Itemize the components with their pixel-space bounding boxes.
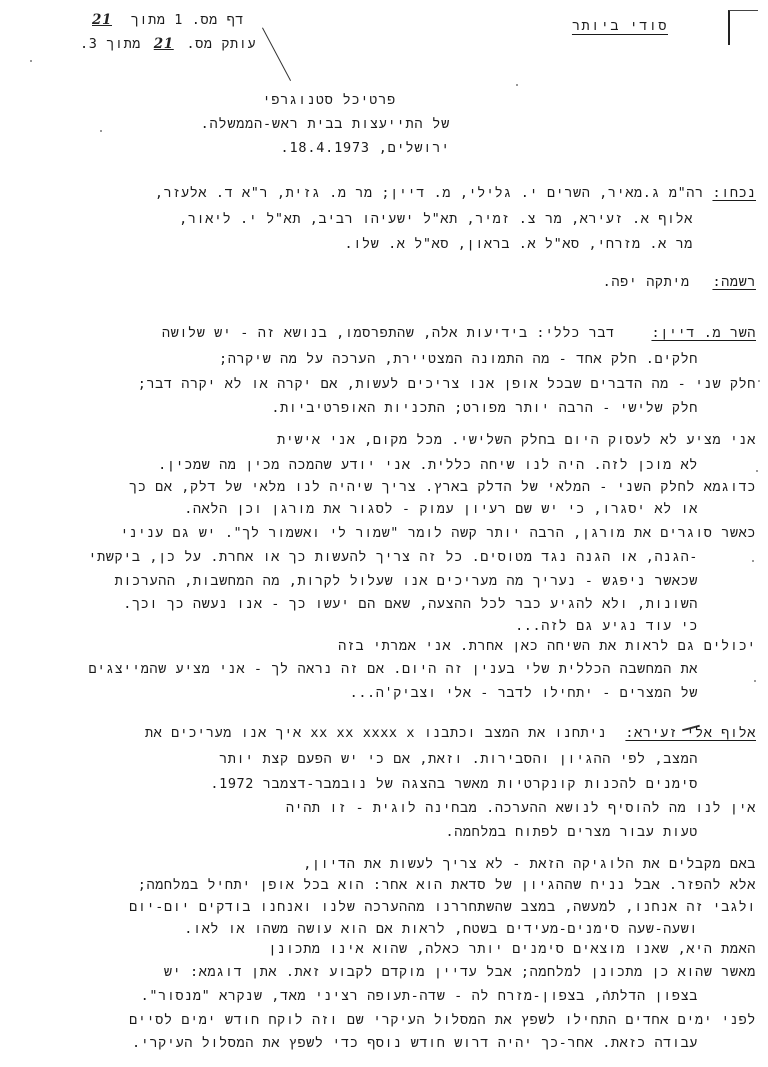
scan-speckle (754, 680, 756, 682)
dayan-text-11: השונות, ולא להגיע כבר לכל ההצעה, שאם הם … (123, 595, 698, 613)
zeira-text-6: אלא להפזר. אבל נניח שההגיון של סדאת הוא … (138, 876, 756, 894)
recorder-name: מיתקה יפה. (603, 274, 704, 290)
dayan-text-4: אני מציע לא לעסוק היום בחלק השלישי. מכל … (277, 431, 756, 449)
recorder-label: רשמה: (712, 274, 756, 290)
zeira-text-11: בצפון הדלתה, בצפון-מזרח לה - שדה-תעופה ר… (141, 987, 698, 1005)
classification-label: סודי ביותר (572, 18, 668, 35)
zeira-text-9: האמת היא, שאנו מוצאים סימנים יותר כאלה, … (268, 940, 756, 958)
pen-stroke-mark (262, 28, 291, 81)
present-line-2: אלוף א. זעירא, מר צ. זמיר, תא"ל ישעיהו ר… (179, 210, 693, 228)
dayan-first-line: השר מ. דיין: דבר כללי: בידיעות אלה, שהתפ… (162, 324, 756, 342)
zeira-text-13: עבודה כזאת. אחר-כך יהיה דרוש חודש נוסף כ… (132, 1034, 698, 1052)
dayan-text-3: חלק שלישי - הרבה יותר מפורט; התכניות האו… (271, 399, 698, 417)
scan-speckle (752, 560, 754, 562)
document-page: סודי ביותר דף מס. 1 מתוך 21 עותק מס. 21 … (0, 0, 768, 1067)
zeira-text-10: מאשר שהוא כן מתכונן למלחמה; אבל עדיין מו… (164, 963, 756, 981)
zeira-text-5: באם מקבלים את הלוגיקה הזאת - לא צריך לעש… (303, 855, 756, 873)
present-line-3: מר א. מזרחי, סא"ל א. בראון, סא"ל א. שלו. (345, 235, 693, 253)
dayan-text-0: דבר כללי: בידיעות אלה, שהתפרסמו, בנושא ז… (162, 325, 643, 341)
speaker-dayan: השר מ. דיין: (651, 325, 756, 341)
zeira-text-12: לפני ימים אחדים התחילו לשפץ את המסלול הע… (129, 1011, 756, 1029)
margin-bracket-mark (728, 10, 758, 45)
dayan-text-12: כי עוד נגיע גם לזה... (515, 617, 698, 635)
copy-number-prefix: עותק מס. (186, 36, 256, 52)
dayan-text-13: יכולים גם לראות את השיחה כאן אחרת. אני א… (338, 637, 756, 655)
recorder-line: רשמה: מיתקה יפה. (603, 273, 756, 291)
present-line-1: נכחו: רה"מ ג.מאיר, השרים י. גלילי, מ. די… (155, 184, 756, 202)
dayan-text-6: כדוגמא לחלק השני - המלאי של הדלק בארץ. צ… (129, 478, 756, 496)
page-number-line: דף מס. 1 מתוך 21 (82, 12, 244, 29)
present-label: נכחו: (712, 185, 756, 201)
dayan-text-5: לא מוכן לזה. היה לנו שיחה כללית. אני יוד… (158, 456, 698, 474)
dayan-text-14: את המחשבה הכללית שלי בענין זה היום. אם ז… (88, 660, 698, 678)
copy-number-line: עותק מס. 21 מתוך 3. (80, 36, 256, 53)
page-number-prefix: דף מס. 1 מתוך (131, 12, 244, 28)
zeira-text-4: טעות עבור מצרים לפתוח במלחמה. (446, 823, 698, 841)
zeira-text-2: סימנים להכנות קונקרטיות מאשר בהצגה של נו… (210, 775, 698, 793)
dayan-text-2: חלק שני - מה הדברים שבכל אופן אנו צריכים… (138, 375, 756, 393)
scan-speckle (100, 130, 102, 132)
scan-speckle (758, 380, 760, 382)
page-total-handwritten: 21 (82, 12, 122, 28)
document-subtitle: של התייעצות בבית ראש-הממשלה. (201, 116, 450, 133)
document-title: פרטיכל סטנוגרפי (262, 92, 396, 109)
dayan-text-7: או לא יסגרו, כי יש שם רעיון עמוק - לסגור… (184, 500, 698, 518)
dayan-text-9: -הגנה, או הגנה נגד מטוסים. כל זה צריך לה… (88, 548, 698, 566)
zeira-text-8: ושעה-שעה סימנים-מעידים בשטח, לראות אם הו… (184, 920, 698, 938)
scan-speckle (30, 60, 32, 62)
document-date-location: ירושלים, 18.4.1973. (281, 140, 450, 157)
copy-number-handwritten: 21 (150, 36, 178, 52)
speaker-zeira: אלוף אלי זעירא: (625, 725, 756, 741)
scan-speckle (606, 990, 608, 992)
scan-speckle (516, 84, 518, 86)
dayan-text-15: של המצרים - יתחילו לדבר - אלי וצביק'ה... (350, 684, 698, 702)
dayan-text-1: חלקים. חלק אחד - מה התמונה המצטיירת, הער… (219, 350, 698, 368)
present-attendees-1: רה"מ ג.מאיר, השרים י. גלילי, מ. דיין; מר… (155, 185, 704, 201)
zeira-text-3: אין לנו מה להוסיף לנושא ההערכה. מבחינה ל… (286, 799, 756, 817)
dayan-text-8: כאשר סוגרים את מורגן, הרבה יותר קשה לומר… (120, 524, 756, 542)
zeira-text-7: ולגבי זה אנחנו, למעשה, במצב שהשתחררנו מה… (129, 898, 756, 916)
zeira-first-line: אלוף אלי זעירא: ניתחנו את המצב וכתבנו xx… (145, 724, 756, 742)
copy-number-suffix: מתוך 3. (80, 36, 141, 52)
zeira-text-1: המצב, לפי ההגיון והסבירות. וזאת, אם כי י… (219, 750, 698, 768)
dayan-text-10: שכאשר ניפגש - נעריך מה מעריכים אנו שעלול… (115, 572, 698, 590)
scan-speckle (756, 470, 758, 472)
zeira-text-0: ניתחנו את המצב וכתבנו xx xx xxxx x איך א… (145, 725, 617, 741)
